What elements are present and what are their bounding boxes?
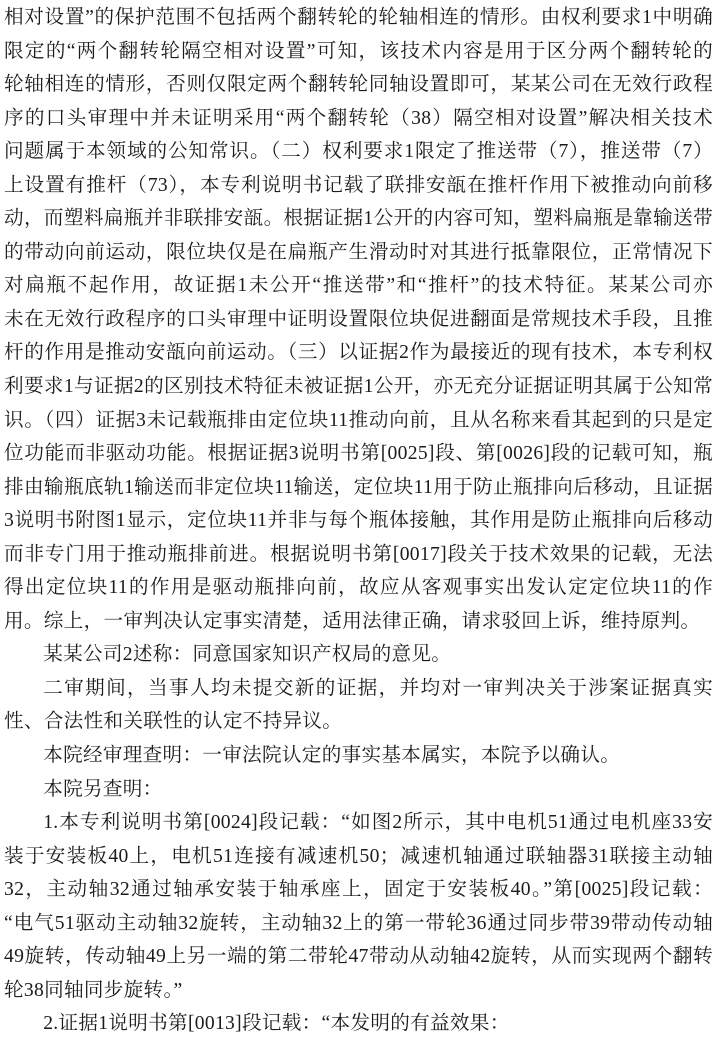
text-line: 上设置有推杆（73），本专利说明书记载了联排安瓿在推杆作用下被推动向前移 (4, 169, 713, 203)
text-line: 动，而塑料扁瓶并非联排安瓿。根据证据1公开的内容可知，塑料扁瓶是靠输送带 (4, 202, 713, 236)
text-line: 识。（四）证据3未记载瓶排由定位块11推动向前，且从名称来看其起到的只是定 (4, 404, 713, 438)
text-line: 未在无效行政程序的口头审理中证明设置限位块促进翻面是常规技术手段，且推 (4, 303, 713, 337)
text-line: 而非专门用于推动瓶排前进。根据说明书第[0017]段关于技术效果的记载，无法 (4, 538, 713, 572)
text-line: 32，主动轴32通过轴承安装于轴承座上，固定于安装板40。”第[0025]段记载… (4, 873, 713, 907)
text-line: 本院另查明： (4, 773, 713, 807)
text-line: 用。综上，一审判决认定事实清楚，适用法律正确，请求驳回上诉，维持原判。 (4, 605, 713, 639)
text-line: 问题属于本领域的公知常识。（二）权利要求1限定了推送带（7），推送带（7） (4, 135, 713, 169)
text-line: 49旋转，传动轴49上另一端的第二带轮47带动从动轴42旋转，从而实现两个翻转 (4, 940, 713, 974)
text-line: 性、合法性和关联性的认定不持异议。 (4, 705, 713, 739)
text-line: 得出定位块11的作用是驱动瓶排向前，故应从客观事实出发认定定位块11的作 (4, 571, 713, 605)
text-line: 二审期间，当事人均未提交新的证据，并均对一审判决关于涉案证据真实 (4, 672, 713, 706)
text-line: 轮38同轴同步旋转。” (4, 974, 713, 1008)
text-line: 位功能而非驱动功能。根据证据3说明书第[0025]段、第[0026]段的记载可知… (4, 437, 713, 471)
text-line: 的带动向前运动，限位块仅是在扁瓶产生滑动时对其进行抵靠限位，正常情况下 (4, 236, 713, 270)
judgment-document-page: 相对设置”的保护范围不包括两个翻转轮的轮轴相连的情形。由权利要求1中明确限定的“… (0, 0, 717, 1041)
text-line: 1.本专利说明书第[0024]段记载：“如图2所示，其中电机51通过电机座33安 (4, 806, 713, 840)
document-text-body: 相对设置”的保护范围不包括两个翻转轮的轮轴相连的情形。由权利要求1中明确限定的“… (4, 1, 713, 1041)
text-line: 对扁瓶不起作用，故证据1未公开“推送带”和“推杆”的技术特征。某某公司亦 (4, 269, 713, 303)
text-line: 本院经审理查明：一审法院认定的事实基本属实，本院予以确认。 (4, 739, 713, 773)
text-line: 序的口头审理中并未证明采用“两个翻转轮（38）隔空相对设置”解决相关技术 (4, 102, 713, 136)
text-line: 利要求1与证据2的区别技术特征未被证据1公开，亦无充分证据证明其属于公知常 (4, 370, 713, 404)
text-line: 某某公司2述称：同意国家知识产权局的意见。 (4, 638, 713, 672)
text-line: 2.证据1说明书第[0013]段记载：“本发明的有益效果： (4, 1007, 713, 1041)
text-line: 限定的“两个翻转轮隔空相对设置”可知，该技术内容是用于区分两个翻转轮的 (4, 35, 713, 69)
text-line: 轮轴相连的情形，否则仅限定两个翻转轮同轴设置即可，某某公司在无效行政程 (4, 68, 713, 102)
text-line: “电气51驱动主动轴32旋转，主动轴32上的第一带轮36通过同步带39带动传动轴 (4, 907, 713, 941)
text-line: 相对设置”的保护范围不包括两个翻转轮的轮轴相连的情形。由权利要求1中明确 (4, 1, 713, 35)
text-line: 杆的作用是推动安瓿向前运动。（三）以证据2作为最接近的现有技术，本专利权 (4, 336, 713, 370)
text-line: 3说明书附图1显示，定位块11并非与每个瓶体接触，其作用是防止瓶排向后移动 (4, 504, 713, 538)
text-line: 排由输瓶底轨1输送而非定位块11输送，定位块11用于防止瓶排向后移动，且证据 (4, 471, 713, 505)
text-line: 装于安装板40上，电机51连接有减速机50；减速机轴通过联轴器31联接主动轴 (4, 840, 713, 874)
